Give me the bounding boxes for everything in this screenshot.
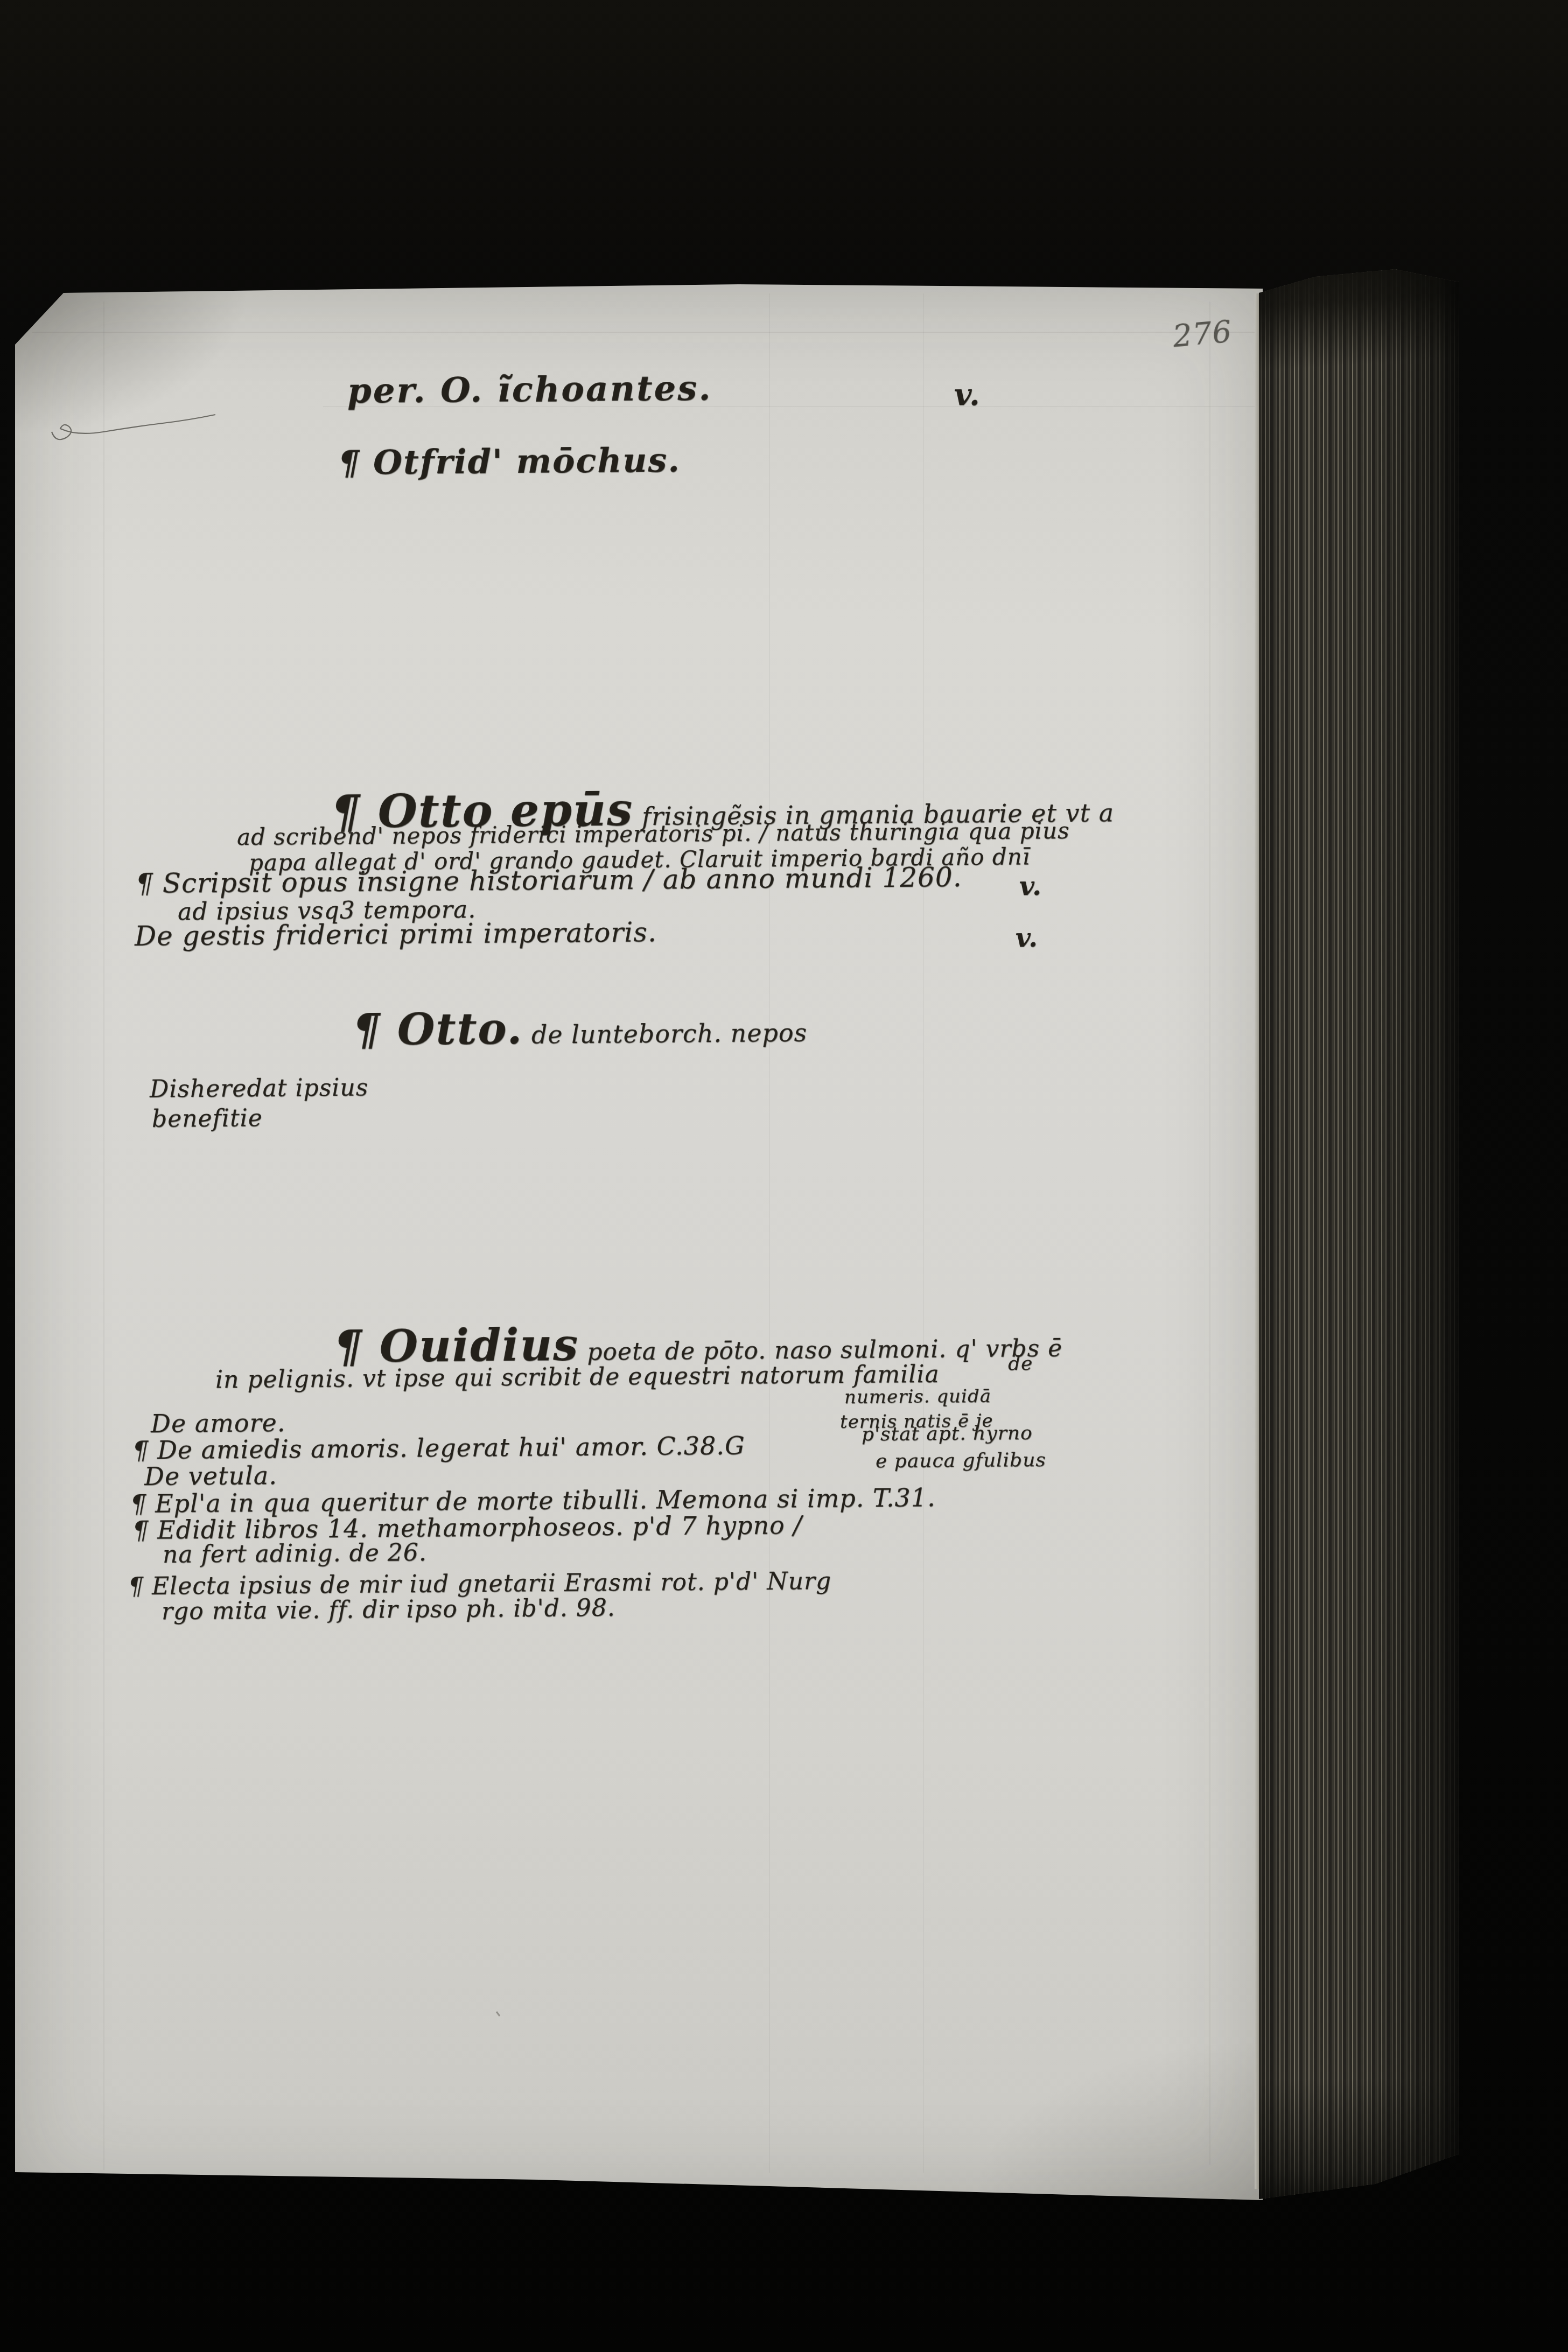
entry-ouidius-line7: ¶ Edidit libros 14. methamorphoseos. p'd… [132, 1510, 802, 1545]
entry-otto-frisingensis-line6-mark: v. [1016, 923, 1038, 953]
entry-ouidius-margin-note1: numeris. quidā [844, 1385, 991, 1408]
entry-ouidius-line10: rgo mita vie. ff. dir ipso ph. ib'd. 98. [162, 1594, 615, 1626]
entry-ouidius-line5: De vetula. [144, 1461, 277, 1491]
running-title: per. O. ĩchoantes. [347, 368, 712, 411]
entry-otto-frisingensis-line4: ¶ Scripsit opus insigne historiarum / ab… [136, 862, 962, 899]
entry-otto-lunteborch-margin1: Disheredat ipsius [150, 1074, 369, 1103]
entry-otto-lunteborch-margin2: benefitie [152, 1104, 263, 1133]
entry-ouidius-line2: in pelignis. vt ipse qui scribit de eque… [215, 1361, 940, 1394]
manuscript-photo: 276 per. O. ĩchoantes. v. ¶ Otfrid' mōch… [0, 0, 1568, 2352]
entry-otto-frisingensis-line4-mark: v. [1019, 871, 1042, 901]
entry-otto-frisingensis-line6: De gestis friderici primi imperatoris. [135, 916, 657, 952]
entry-ouidius-line1-margin: de [1008, 1353, 1033, 1375]
entry-otto-lunteborch-heading-line: ¶ Otto. de lunteborch. nepos [353, 1001, 808, 1055]
header-column-mark: v. [954, 377, 981, 412]
entry-otto-lunteborch-lead-rest: de lunteborch. nepos [531, 1018, 808, 1049]
entry-ouidius-line4: ¶ De amiedis amoris. legerat hui' amor. … [132, 1431, 745, 1465]
entry-otfridus-heading: ¶ Otfrid' mōchus. [338, 440, 681, 482]
entry-ouidius-line3: De amore. [151, 1408, 286, 1438]
entry-ouidius-line4-margin2: e pauca gfulibus [876, 1449, 1046, 1472]
entry-ouidius-line4-margin1: p'stat apt. hyrno [862, 1422, 1033, 1445]
entry-ouidius-line8: na fert adinig. de 26. [163, 1539, 427, 1569]
book-fore-edge [1259, 269, 1459, 2208]
folio-number: 276 [1171, 314, 1233, 354]
entry-otto-lunteborch-lead: ¶ Otto. [353, 1003, 523, 1055]
